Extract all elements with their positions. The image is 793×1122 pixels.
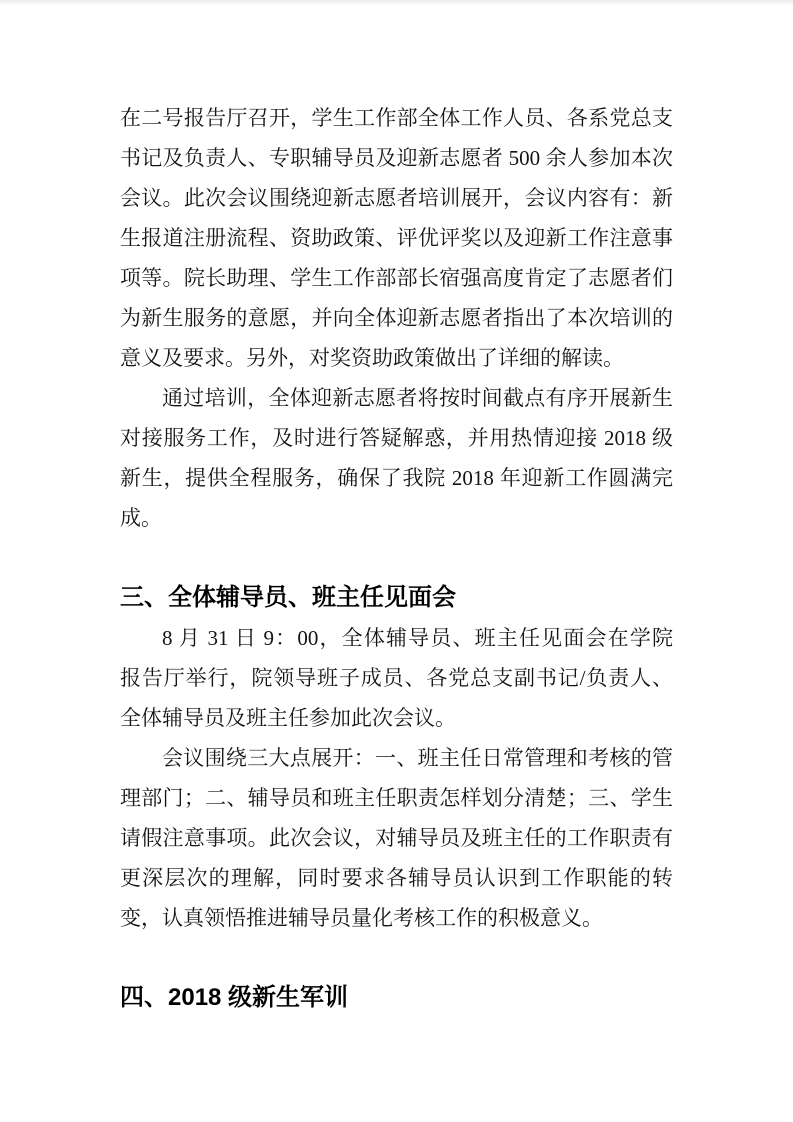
- text-line: 全体辅导员及班主任参加此次会议。: [120, 698, 673, 738]
- paragraph: 在二号报告厅召开，学生工作部全体工作人员、各系党总支书记及负责人、专职辅导员及迎…: [120, 98, 673, 378]
- text-line: 在二号报告厅召开，学生工作部全体工作人员、各系党总支: [120, 98, 673, 138]
- text-line: 理部门；二、辅导员和班主任职责怎样划分清楚；三、学生: [120, 778, 673, 818]
- text-line: 更深层次的理解，同时要求各辅导员认识到工作职能的转: [120, 858, 673, 898]
- text-line: 会议。此次会议围绕迎新志愿者培训展开，会议内容有：新: [120, 178, 673, 218]
- text-line: 报告厅举行，院领导班子成员、各党总支副书记/负责人、: [120, 658, 673, 698]
- text-line: 8 月 31 日 9：00，全体辅导员、班主任见面会在学院: [120, 618, 673, 658]
- section-heading: 三、全体辅导员、班主任见面会: [120, 578, 673, 618]
- text-line: 对接服务工作，及时进行答疑解惑，并用热情迎接 2018 级: [120, 418, 673, 458]
- section-heading: 四、2018 级新生军训: [120, 978, 673, 1018]
- text-line: 生报道注册流程、资助政策、评优评奖以及迎新工作注意事: [120, 218, 673, 258]
- paragraph: 8 月 31 日 9：00，全体辅导员、班主任见面会在学院报告厅举行，院领导班子…: [120, 618, 673, 738]
- text-line: 会议围绕三大点展开：一、班主任日常管理和考核的管: [120, 738, 673, 778]
- document-content: 在二号报告厅召开，学生工作部全体工作人员、各系党总支书记及负责人、专职辅导员及迎…: [120, 98, 673, 1018]
- text-line: 意义及要求。另外，对奖资助政策做出了详细的解读。: [120, 338, 673, 378]
- text-line: 通过培训，全体迎新志愿者将按时间截点有序开展新生: [120, 378, 673, 418]
- text-line: 书记及负责人、专职辅导员及迎新志愿者 500 余人参加本次: [120, 138, 673, 178]
- page-top-edge: [0, 0, 793, 6]
- text-line: 变，认真领悟推进辅导员量化考核工作的积极意义。: [120, 898, 673, 938]
- text-line: 为新生服务的意愿，并向全体迎新志愿者指出了本次培训的: [120, 298, 673, 338]
- paragraph: 通过培训，全体迎新志愿者将按时间截点有序开展新生对接服务工作，及时进行答疑解惑，…: [120, 378, 673, 538]
- text-line: 请假注意事项。此次会议，对辅导员及班主任的工作职责有: [120, 818, 673, 858]
- text-line: 项等。院长助理、学生工作部部长宿强高度肯定了志愿者们: [120, 258, 673, 298]
- document-blocks: 在二号报告厅召开，学生工作部全体工作人员、各系党总支书记及负责人、专职辅导员及迎…: [120, 98, 673, 1018]
- paragraph: 会议围绕三大点展开：一、班主任日常管理和考核的管理部门；二、辅导员和班主任职责怎…: [120, 738, 673, 938]
- text-line: 成。: [120, 498, 673, 538]
- document-page: 在二号报告厅召开，学生工作部全体工作人员、各系党总支书记及负责人、专职辅导员及迎…: [0, 0, 793, 1122]
- text-line: 新生，提供全程服务，确保了我院 2018 年迎新工作圆满完: [120, 458, 673, 498]
